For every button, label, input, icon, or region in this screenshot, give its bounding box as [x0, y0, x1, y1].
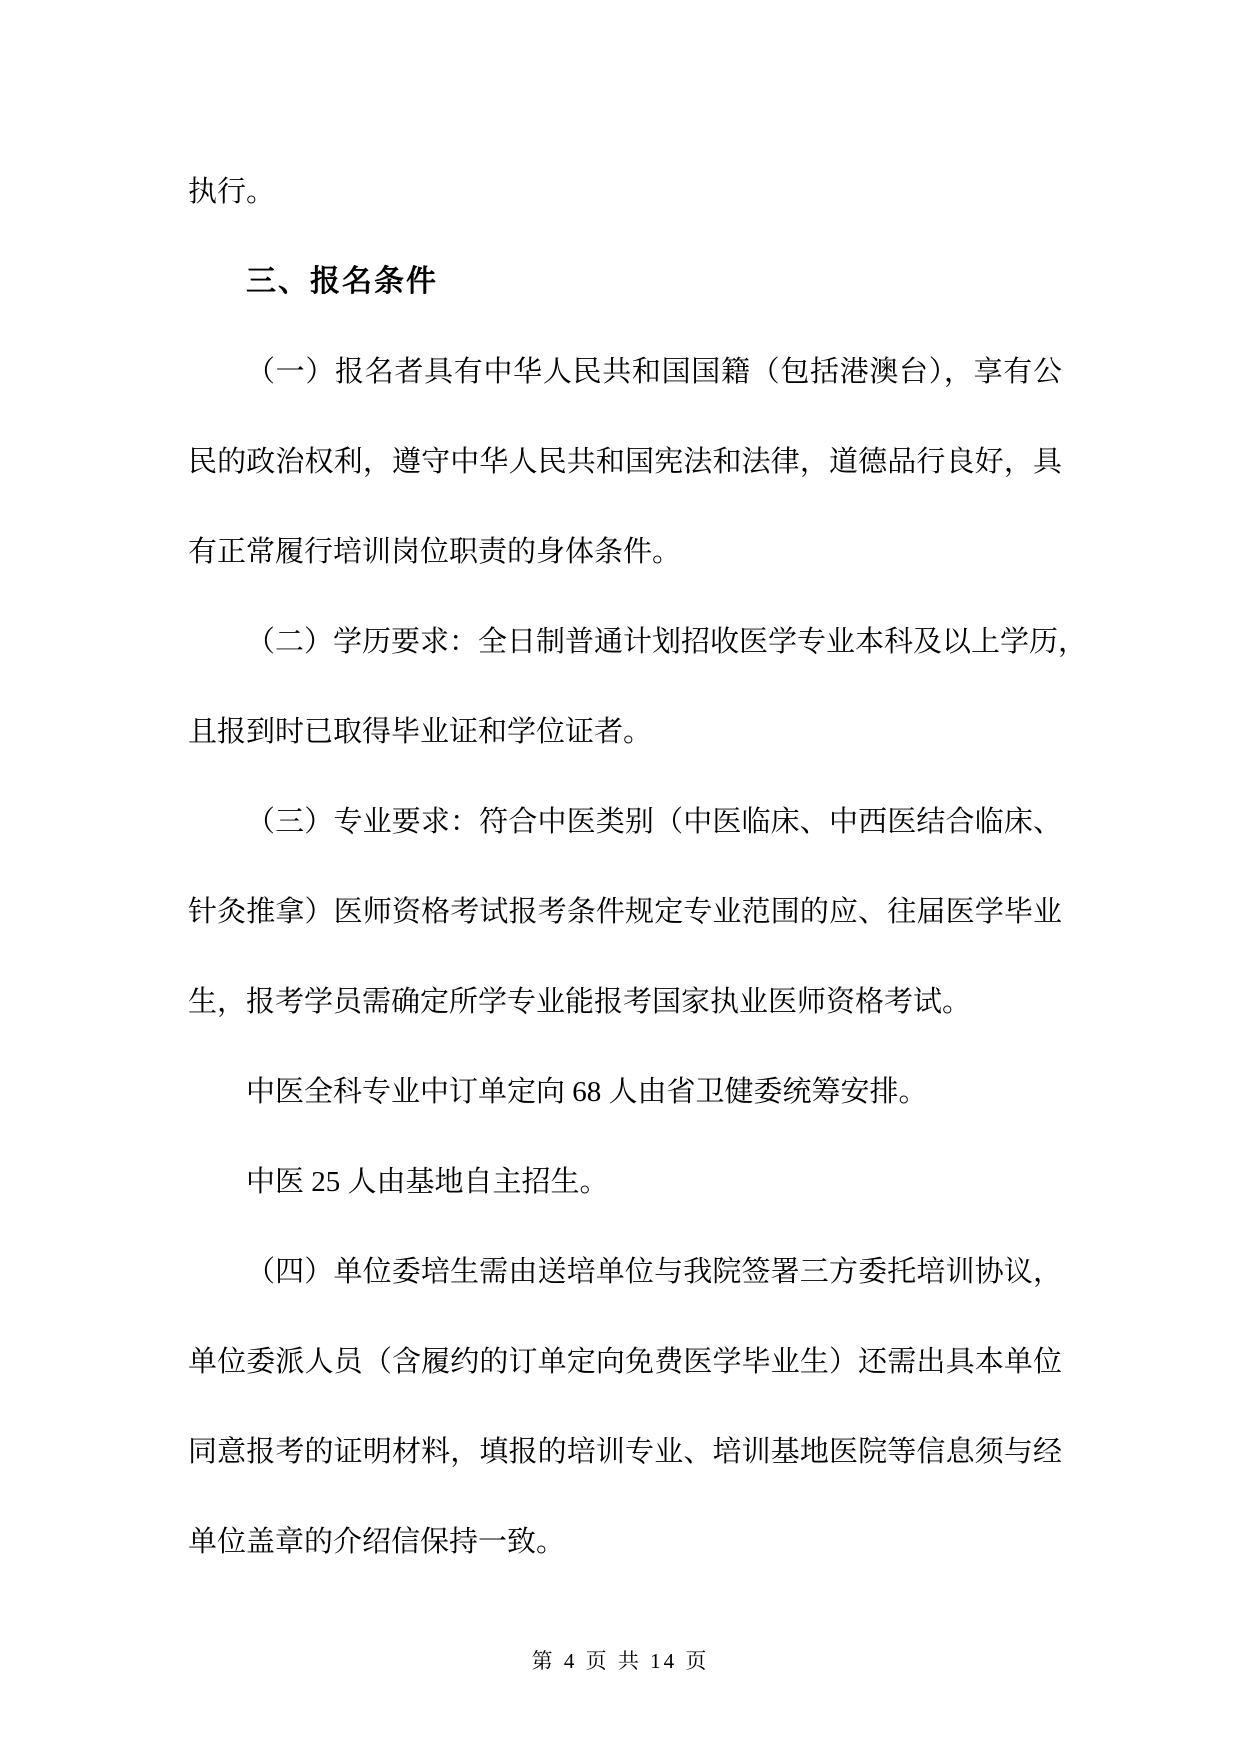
text-line: 中医 25 人由基地自主招生。	[188, 1137, 1062, 1227]
text-line: 单位委派人员（含履约的订单定向免费医学毕业生）还需出具本单位	[188, 1317, 1062, 1407]
text-line: （一）报名者具有中华人民共和国国籍（包括港澳台），享有公	[188, 327, 1062, 417]
text-line: 有正常履行培训岗位职责的身体条件。	[188, 507, 1062, 597]
text-line: 针灸推拿）医师资格考试报考条件规定专业范围的应、往届医学毕业	[188, 867, 1062, 957]
text-line: 单位盖章的介绍信保持一致。	[188, 1497, 1062, 1587]
section-heading: 三、报名条件	[188, 237, 1062, 327]
page-footer: 第 4 页 共 14 页	[0, 1645, 1241, 1675]
text-line: 中医全科专业中订单定向 68 人由省卫健委统筹安排。	[188, 1047, 1062, 1137]
text-line: 民的政治权利，遵守中华人民共和国宪法和法律，道德品行良好，具	[188, 417, 1062, 507]
document-page: 执行。三、报名条件（一）报名者具有中华人民共和国国籍（包括港澳台），享有公民的政…	[0, 0, 1241, 1754]
text-line: 且报到时已取得毕业证和学位证者。	[188, 687, 1062, 777]
text-line: 生，报考学员需确定所学专业能报考国家执业医师资格考试。	[188, 957, 1062, 1047]
text-line: （三）专业要求：符合中医类别（中医临床、中西医结合临床、	[188, 777, 1062, 867]
text-line: 同意报考的证明材料，填报的培训专业、培训基地医院等信息须与经	[188, 1407, 1062, 1497]
text-line: （二）学历要求：全日制普通计划招收医学专业本科及以上学历，	[188, 597, 1062, 687]
document-body: 执行。三、报名条件（一）报名者具有中华人民共和国国籍（包括港澳台），享有公民的政…	[188, 147, 1062, 1587]
text-line: （四）单位委培生需由送培单位与我院签署三方委托培训协议，	[188, 1227, 1062, 1317]
text-line: 执行。	[188, 147, 1062, 237]
page-number-label: 第 4 页 共 14 页	[532, 1649, 710, 1673]
